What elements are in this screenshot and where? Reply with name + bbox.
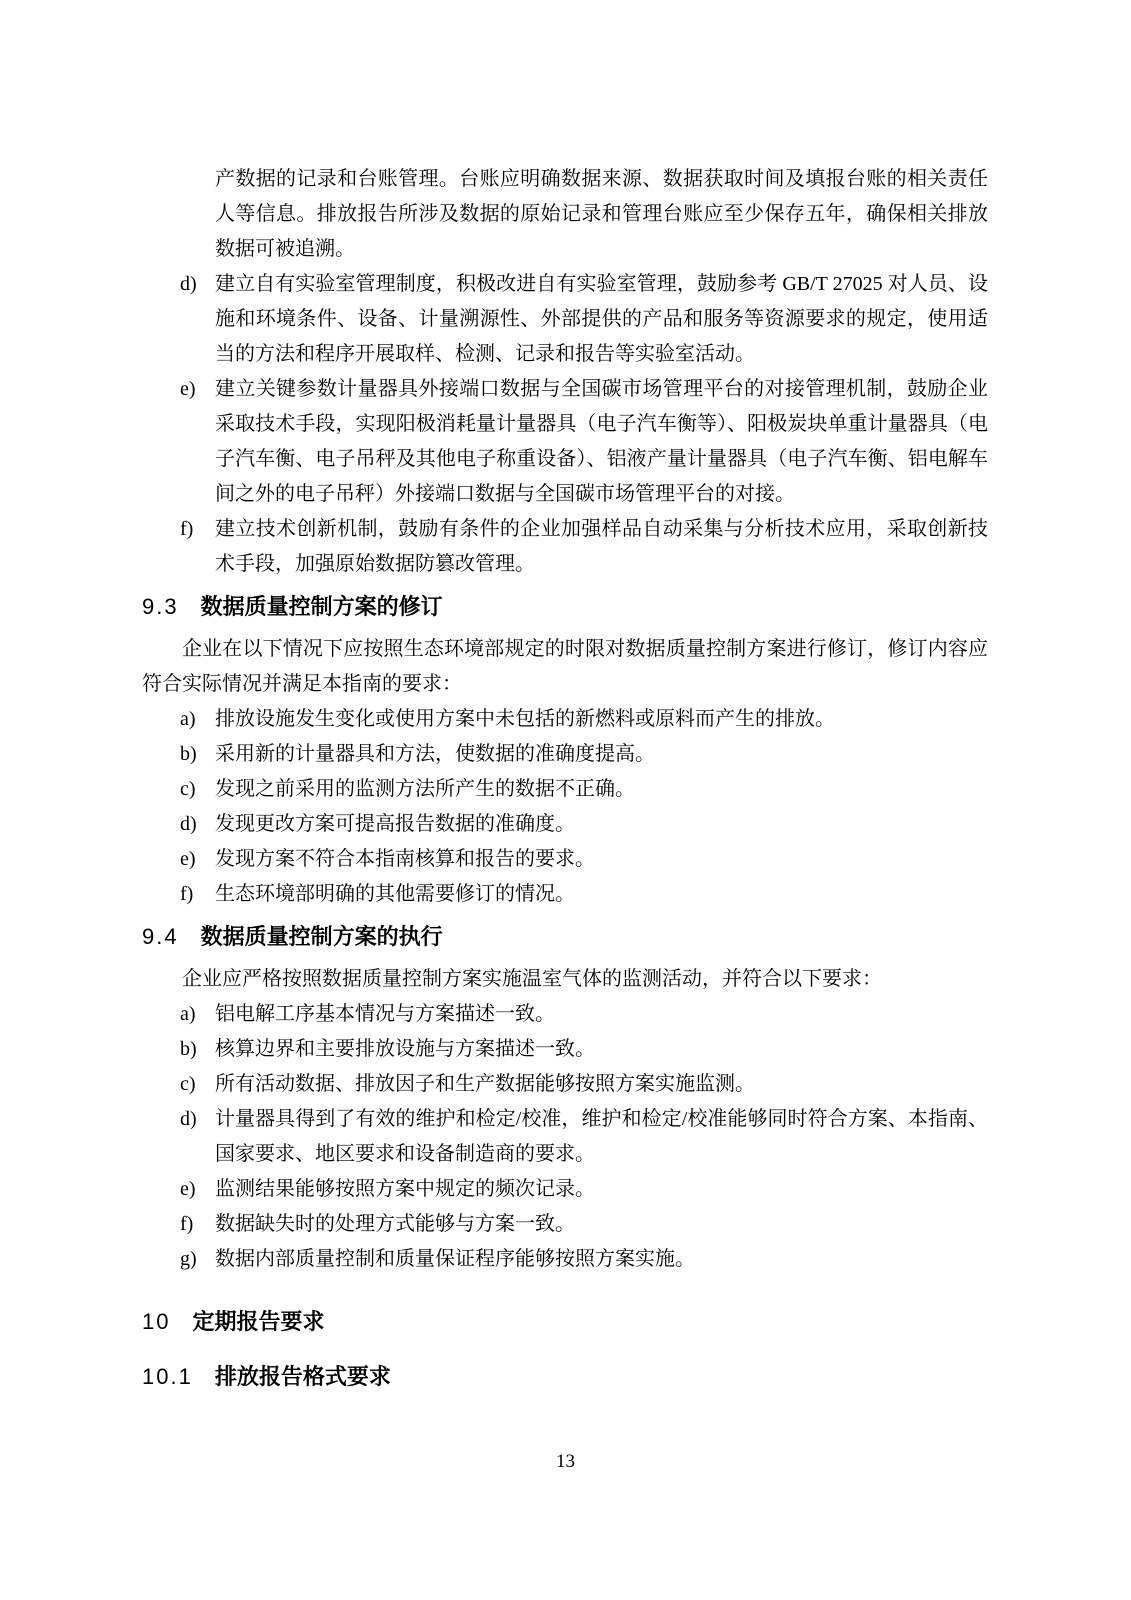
list-item-text: 建立自有实验室管理制度，积极改进自有实验室管理，鼓励参考 GB/T 27025 … [215, 267, 988, 372]
list-item: b) 采用新的计量器具和方法，使数据的准确度提高。 [142, 737, 988, 772]
list-execution-requirements: a) 铝电解工序基本情况与方案描述一致。 b) 核算边界和主要排放设施与方案描述… [142, 997, 988, 1277]
section-heading-10: 10定期报告要求 [142, 1307, 988, 1337]
section-number: 10.1 [142, 1364, 193, 1389]
list-item: f) 生态环境部明确的其他需要修订的情况。 [142, 877, 988, 912]
list-item-text: 发现方案不符合本指南核算和报告的要求。 [215, 842, 988, 877]
list-item-text: 数据内部质量控制和质量保证程序能够按照方案实施。 [215, 1242, 988, 1277]
list-item-label: c) [180, 1067, 215, 1102]
page-number: 13 [0, 1450, 1131, 1474]
list-item: e) 建立关键参数计量器具外接端口数据与全国碳市场管理平台的对接管理机制，鼓励企… [142, 372, 988, 512]
list-item-text: 建立关键参数计量器具外接端口数据与全国碳市场管理平台的对接管理机制，鼓励企业采取… [215, 372, 988, 512]
list-revision-conditions: a) 排放设施发生变化或使用方案中未包括的新燃料或原料而产生的排放。 b) 采用… [142, 702, 988, 912]
section-title: 数据质量控制方案的修订 [201, 594, 443, 619]
list-item: a) 排放设施发生变化或使用方案中未包括的新燃料或原料而产生的排放。 [142, 702, 988, 737]
list-item-text: 采用新的计量器具和方法，使数据的准确度提高。 [215, 737, 988, 772]
list-item: c) 发现之前采用的监测方法所产生的数据不正确。 [142, 772, 988, 807]
section-number: 10 [142, 1309, 170, 1334]
list-item: d) 发现更改方案可提高报告数据的准确度。 [142, 807, 988, 842]
section-title: 排放报告格式要求 [215, 1364, 391, 1389]
section-heading-9-3: 9.3数据质量控制方案的修订 [142, 592, 988, 622]
list-item-text: 生态环境部明确的其他需要修订的情况。 [215, 877, 988, 912]
list-item-label: e) [180, 372, 215, 512]
section-number: 9.4 [142, 924, 179, 949]
list-item: a) 铝电解工序基本情况与方案描述一致。 [142, 997, 988, 1032]
list-item: d) 计量器具得到了有效的维护和检定/校准，维护和检定/校准能够同时符合方案、本… [142, 1102, 988, 1172]
document-page: 产数据的记录和台账管理。台账应明确数据来源、数据获取时间及填报台账的相关责任人等… [0, 0, 1131, 1600]
list-item-label: c) [180, 772, 215, 807]
list-item: e) 监测结果能够按照方案中规定的频次记录。 [142, 1172, 988, 1207]
list-item-label: f) [180, 877, 215, 912]
list-item-label: b) [180, 737, 215, 772]
list-item-label: a) [180, 702, 215, 737]
list-item-text: 铝电解工序基本情况与方案描述一致。 [215, 997, 988, 1032]
section-title: 数据质量控制方案的执行 [201, 924, 443, 949]
paragraph-revision-intro: 企业在以下情况下应按照生态环境部规定的时限对数据质量控制方案进行修订，修订内容应… [142, 632, 988, 702]
section-heading-10-1: 10.1排放报告格式要求 [142, 1362, 988, 1392]
list-item-text: 数据缺失时的处理方式能够与方案一致。 [215, 1207, 988, 1242]
list-item: d) 建立自有实验室管理制度，积极改进自有实验室管理，鼓励参考 GB/T 270… [142, 267, 988, 372]
list-item-label: g) [180, 1242, 215, 1277]
section-title: 定期报告要求 [192, 1309, 324, 1334]
page-content: 产数据的记录和台账管理。台账应明确数据来源、数据获取时间及填报台账的相关责任人等… [142, 162, 988, 1392]
list-item-text: 计量器具得到了有效的维护和检定/校准，维护和检定/校准能够同时符合方案、本指南、… [215, 1102, 988, 1172]
list-item-text: 排放设施发生变化或使用方案中未包括的新燃料或原料而产生的排放。 [215, 702, 988, 737]
list-item: e) 发现方案不符合本指南核算和报告的要求。 [142, 842, 988, 877]
list-item-text: 监测结果能够按照方案中规定的频次记录。 [215, 1172, 988, 1207]
list-item-text: 核算边界和主要排放设施与方案描述一致。 [215, 1032, 988, 1067]
list-item: g) 数据内部质量控制和质量保证程序能够按照方案实施。 [142, 1242, 988, 1277]
paragraph-execution-intro: 企业应严格按照数据质量控制方案实施温室气体的监测活动，并符合以下要求： [142, 962, 988, 997]
list-lab-and-data-measures: d) 建立自有实验室管理制度，积极改进自有实验室管理，鼓励参考 GB/T 270… [142, 267, 988, 582]
list-item-label: f) [180, 512, 215, 582]
list-item: f) 建立技术创新机制，鼓励有条件的企业加强样品自动采集与分析技术应用，采取创新… [142, 512, 988, 582]
list-item-label: b) [180, 1032, 215, 1067]
list-item: f) 数据缺失时的处理方式能够与方案一致。 [142, 1207, 988, 1242]
section-heading-9-4: 9.4数据质量控制方案的执行 [142, 922, 988, 952]
list-item-text: 发现更改方案可提高报告数据的准确度。 [215, 807, 988, 842]
list-item-text: 所有活动数据、排放因子和生产数据能够按照方案实施监测。 [215, 1067, 988, 1102]
list-item-label: e) [180, 1172, 215, 1207]
list-item-text: 发现之前采用的监测方法所产生的数据不正确。 [215, 772, 988, 807]
list-item-label: e) [180, 842, 215, 877]
list-item-label: d) [180, 807, 215, 842]
list-item-label: f) [180, 1207, 215, 1242]
list-item: c) 所有活动数据、排放因子和生产数据能够按照方案实施监测。 [142, 1067, 988, 1102]
list-item-label: a) [180, 997, 215, 1032]
list-item-label: d) [180, 1102, 215, 1172]
list-item-text: 建立技术创新机制，鼓励有条件的企业加强样品自动采集与分析技术应用，采取创新技术手… [215, 512, 988, 582]
paragraph-continuation: 产数据的记录和台账管理。台账应明确数据来源、数据获取时间及填报台账的相关责任人等… [215, 162, 988, 267]
list-item: b) 核算边界和主要排放设施与方案描述一致。 [142, 1032, 988, 1067]
list-item-label: d) [180, 267, 215, 372]
section-number: 9.3 [142, 594, 179, 619]
